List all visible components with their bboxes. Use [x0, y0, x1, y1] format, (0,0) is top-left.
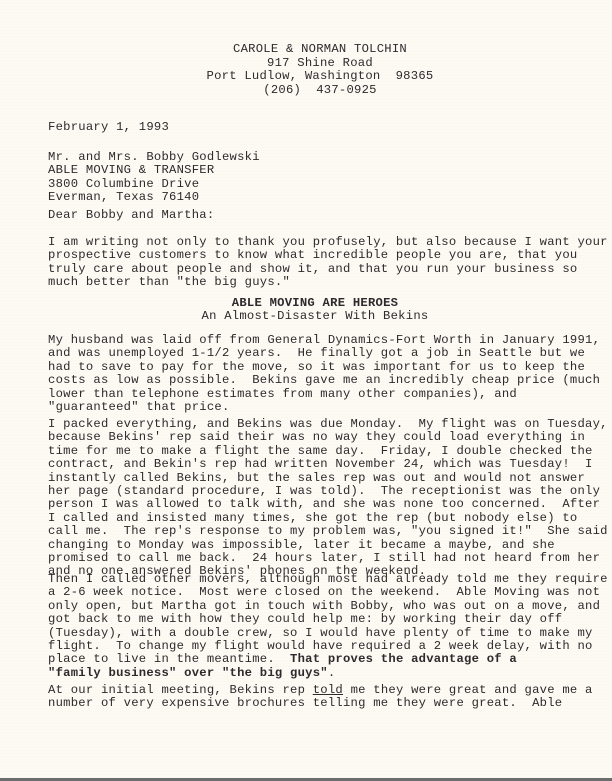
- plain-text: .: [328, 666, 336, 680]
- paragraph-line: person I was allowed to talk with, and s…: [48, 498, 608, 511]
- paragraph-line: her page (standard procedure, I was told…: [48, 485, 608, 498]
- paragraph-line: costs as low as possible. Bekins gave me…: [48, 374, 600, 387]
- paragraph-line: time for me to make a flight the same da…: [48, 445, 608, 458]
- recipient-name: Mr. and Mrs. Bobby Godlewski: [48, 151, 260, 164]
- salutation: Dear Bobby and Martha:: [48, 209, 214, 222]
- letterhead: CAROLE & NORMAN TOLCHIN917 Shine RoadPor…: [180, 43, 460, 97]
- recipient-company: ABLE MOVING & TRANSFER: [48, 164, 260, 177]
- intro-paragraph: I am writing not only to thank you profu…: [48, 236, 608, 290]
- paragraph-line: a 2-6 week notice. Most were closed on t…: [48, 586, 608, 599]
- sender-phone: (206) 437-0925: [180, 84, 460, 98]
- sender-city-state-zip: Port Ludlow, Washington 98365: [180, 70, 460, 84]
- recipient-address: Mr. and Mrs. Bobby GodlewskiABLE MOVING …: [48, 151, 260, 205]
- paragraph-line: place to live in the meantime. That prov…: [48, 653, 608, 666]
- sender-street: 917 Shine Road: [180, 57, 460, 71]
- emphasis-text: That proves the advantage of a: [290, 652, 517, 666]
- recipient-street: 3800 Columbine Drive: [48, 178, 260, 191]
- paragraph-line: My husband was laid off from General Dyn…: [48, 334, 600, 347]
- section-heading: ABLE MOVING ARE HEROESAn Almost-Disaster…: [200, 297, 430, 324]
- paragraph-2: My husband was laid off from General Dyn…: [48, 334, 600, 414]
- letter-page: CAROLE & NORMAN TOLCHIN917 Shine RoadPor…: [0, 0, 612, 778]
- sender-name: CAROLE & NORMAN TOLCHIN: [180, 43, 460, 57]
- paragraph-line: instantly called Bekins, but the sales r…: [48, 472, 608, 485]
- heading-subtitle: An Almost-Disaster With Bekins: [200, 310, 430, 323]
- underlined-text: told: [313, 683, 343, 697]
- heading-title: ABLE MOVING ARE HEROES: [200, 297, 430, 310]
- plain-text: At our initial meeting, Bekins rep: [48, 683, 313, 697]
- plain-text: me they were great and gave me a: [343, 683, 593, 697]
- letter-date: February 1, 1993: [48, 121, 169, 134]
- paragraph-line: I packed everything, and Bekins was due …: [48, 418, 608, 431]
- paragraph-line: contract, and Bekin's rep had written No…: [48, 458, 608, 471]
- paragraph-line: prospective customers to know what incre…: [48, 249, 608, 262]
- paragraph-line: truly care about people and show it, and…: [48, 263, 608, 276]
- paragraph-line: only open, but Martha got in touch with …: [48, 600, 608, 613]
- paragraph-line: number of very expensive brochures telli…: [48, 697, 593, 710]
- paragraph-line: (Tuesday), with a double crew, so I woul…: [48, 627, 608, 640]
- paragraph-line: At our initial meeting, Bekins rep told …: [48, 684, 593, 697]
- paragraph-5: At our initial meeting, Bekins rep told …: [48, 684, 593, 711]
- paragraph-line: had to save to pay for the move, so it w…: [48, 361, 600, 374]
- recipient-city-state-zip: Everman, Texas 76140: [48, 191, 260, 204]
- paragraph-line: much better than "the big guys.": [48, 276, 608, 289]
- paragraph-line: I called and insisted many times, she go…: [48, 512, 608, 525]
- paragraph-line: changing to Monday was impossible, later…: [48, 539, 608, 552]
- paragraph-3: I packed everything, and Bekins was due …: [48, 418, 608, 579]
- paragraph-4: Then I called other movers, although mos…: [48, 573, 608, 680]
- paragraph-line: Then I called other movers, although mos…: [48, 573, 608, 586]
- emphasis-text: "family business" over "the big guys": [48, 666, 328, 680]
- paragraph-line: I am writing not only to thank you profu…: [48, 236, 608, 249]
- paragraph-line: promised to call me back. 24 hours later…: [48, 552, 608, 565]
- paragraph-line: got back to me with how they could help …: [48, 613, 608, 626]
- paragraph-line: call me. The rep's response to my proble…: [48, 525, 608, 538]
- paragraph-line: and was unemployed 1-1/2 years. He final…: [48, 347, 600, 360]
- paragraph-line: "guaranteed" that price.: [48, 401, 600, 414]
- paragraph-line: flight. To change my flight would have r…: [48, 640, 608, 653]
- plain-text: place to live in the meantime.: [48, 652, 290, 666]
- paragraph-line: lower than telephone estimates from many…: [48, 388, 600, 401]
- paragraph-line: because Bekins' rep said their was no wa…: [48, 431, 608, 444]
- paragraph-line: "family business" over "the big guys".: [48, 667, 608, 680]
